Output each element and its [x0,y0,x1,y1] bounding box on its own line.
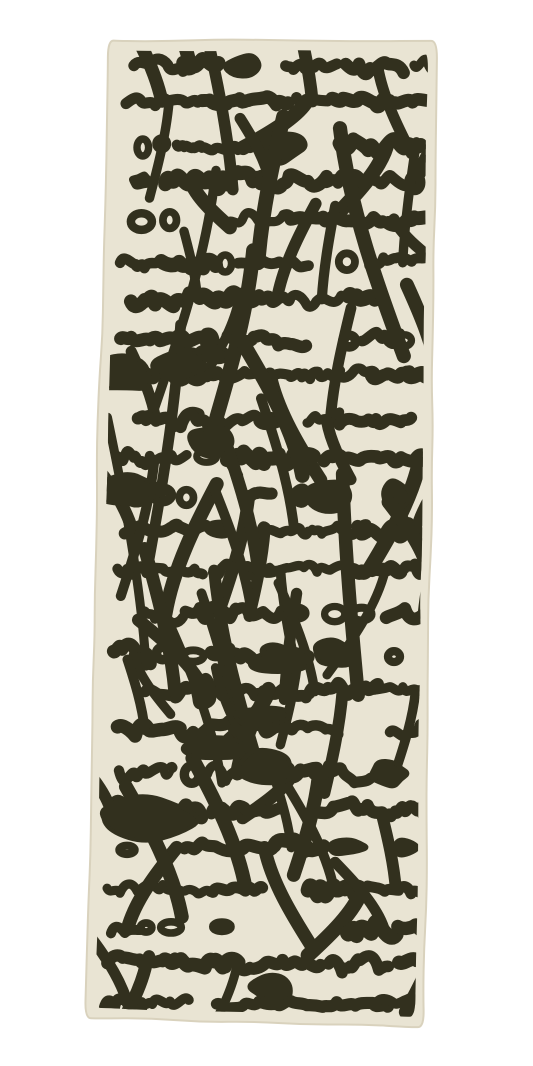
rug-image [0,0,533,1066]
product-photo [0,0,533,1066]
